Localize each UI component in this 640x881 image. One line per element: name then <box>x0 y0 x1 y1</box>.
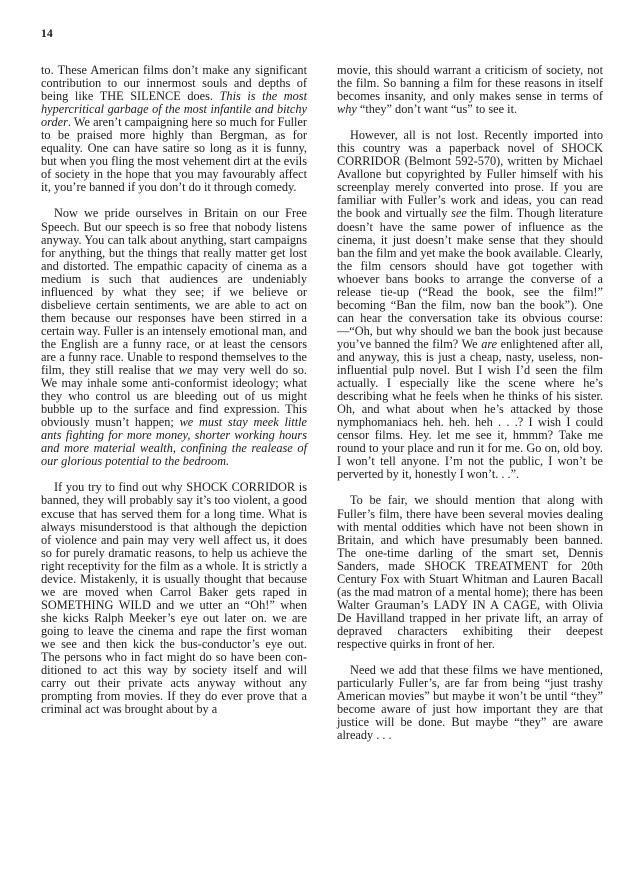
left-column: to. These American films don’t make any … <box>41 64 307 729</box>
italic-text-run: we <box>179 363 193 377</box>
text-run: Need we add that these films we have men… <box>337 663 603 742</box>
text-run: the film. Though literature doesn’t have… <box>337 206 603 350</box>
right-column: movie, this should warrant a criticism o… <box>337 64 603 755</box>
paragraph: However, all is not lost. Recently impor… <box>337 129 603 481</box>
paragraph: Need we add that these films we have men… <box>337 664 603 742</box>
paragraph: To be fair, we should mention that along… <box>337 494 603 651</box>
text-run: enlightened after all, and anyway, this … <box>337 337 603 481</box>
paragraph: If you try to find out why SHOCK CORRIDO… <box>41 481 307 716</box>
text-run: “they” don’t want “us” to see it. <box>357 102 517 116</box>
text-run: To be fair, we should mention that along… <box>337 493 603 651</box>
page-number: 14 <box>41 28 53 40</box>
paragraph: Now we pride ourselves in Britain on our… <box>41 207 307 468</box>
italic-text-run: see <box>451 206 467 220</box>
paragraph: movie, this should warrant a criticism o… <box>337 64 603 116</box>
italic-text-run: why <box>337 102 357 116</box>
italic-text-run: are <box>481 337 497 351</box>
text-run: If you try to find out why SHOCK CORRIDO… <box>41 480 307 716</box>
text-run: Now we pride ourselves in Britain on our… <box>41 206 307 377</box>
paragraph: to. These American films don’t make any … <box>41 64 307 194</box>
text-run: movie, this should warrant a criticism o… <box>337 63 603 103</box>
text-run: . We aren’t campaigning here so much for… <box>41 115 307 194</box>
